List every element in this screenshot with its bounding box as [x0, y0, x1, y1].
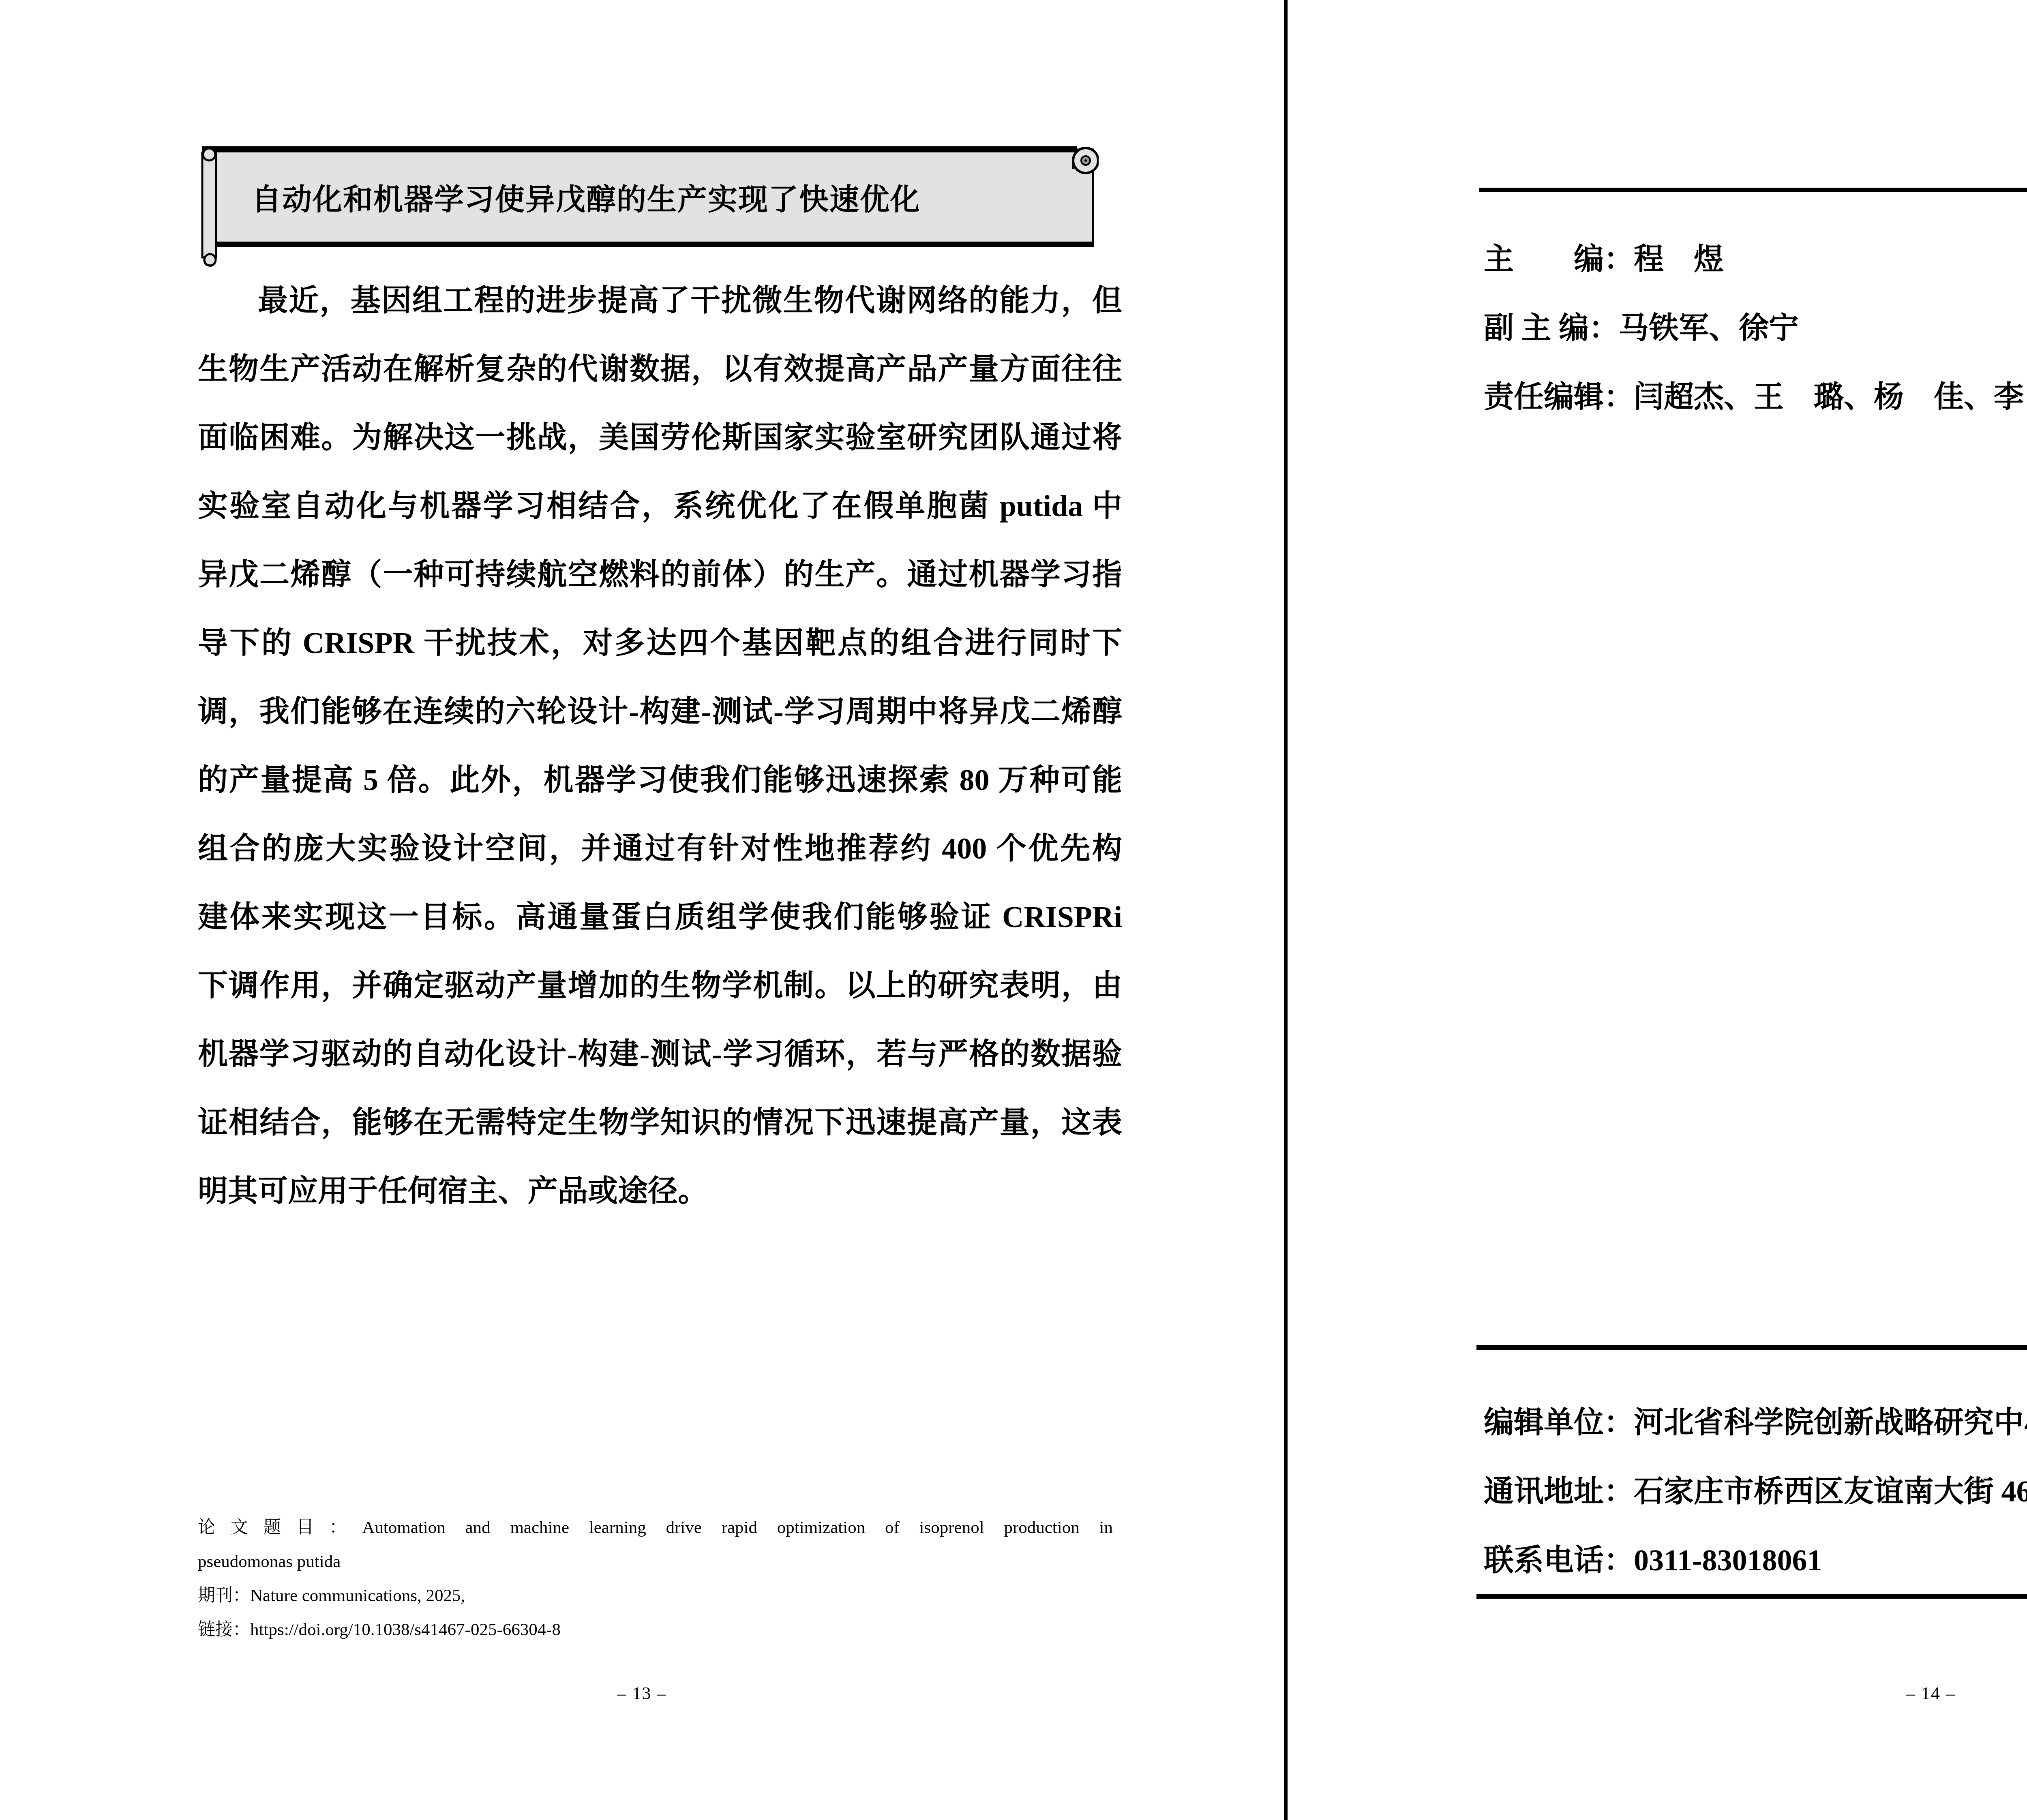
paper-link: 链接：https://doi.org/10.1038/s41467-025-66…	[198, 1613, 1113, 1647]
publisher-unit-line: 编辑单位：河北省科学院创新战略研究中心	[1484, 1388, 2027, 1457]
publisher-bottom-rule	[1476, 1594, 2027, 1599]
abstract-line: 面临困难。为解决这一挑战，美国劳伦斯国家实验室研究团队通过将	[198, 404, 1122, 472]
abstract-line: 的产量提高 5 倍。此外，机器学习使我们能够迅速探索 80 万种可能	[198, 746, 1122, 815]
abstract-line: 导下的 CRISPR 干扰技术，对多达四个基因靶点的组合进行同时下	[198, 609, 1122, 678]
page-fold-divider	[1284, 0, 1288, 1820]
abstract-line: 调，我们能够在连续的六轮设计-构建-测试-学习周期中将异戊二烯醇	[198, 678, 1122, 746]
abstract-line: 实验室自动化与机器学习相结合，系统优化了在假单胞菌 putida 中	[198, 472, 1122, 541]
abstract-line: 明其可应用于任何宿主、产品或途径。	[198, 1157, 1122, 1226]
deputy-editor-line: 副 主 编：马铁军、徐宁	[1484, 294, 2027, 363]
abstract-line: 建体来实现这一目标。高通量蛋白质组学使我们能够验证 CRISPRi	[198, 883, 1122, 952]
paper-meta-block: 论文题目：Automation and machine learning dri…	[198, 1511, 1113, 1647]
paper-journal: 期刊：Nature communications, 2025,	[198, 1579, 1113, 1613]
abstract-line: 异戊二烯醇（一种可持续航空燃料的前体）的生产。通过机器学习指	[198, 541, 1122, 609]
publisher-address-line: 通讯地址：石家庄市桥西区友谊南大街 46 号	[1484, 1457, 2027, 1526]
paper-title-line-2: pseudomonas putida	[198, 1545, 1113, 1579]
page-number-right: – 14 –	[1288, 1683, 2027, 1704]
abstract-paragraph: 最近，基因组工程的进步提高了干扰微生物代谢网络的能力，但 生物生产活动在解析复杂…	[198, 267, 1122, 1226]
paper-title-line-1: 论文题目：Automation and machine learning dri…	[198, 1511, 1113, 1545]
responsible-editor-line: 责任编辑：闫超杰、王 璐、杨 佳、李 月	[1484, 363, 2027, 432]
title-banner-scroll: 自动化和机器学习使异戊醇的生产实现了快速优化	[201, 141, 1099, 270]
page-number-left: – 13 –	[0, 1683, 1284, 1704]
document-spread: { "left_page": { "banner_title": "自动化和机器…	[0, 0, 2027, 1820]
abstract-line: 生物生产活动在解析复杂的代谢数据，以有效提高产品产量方面往往	[198, 335, 1122, 404]
publisher-phone-line: 联系电话：0311-83018061	[1484, 1526, 2027, 1595]
digest-title: 自动化和机器学习使异戊醇的生产实现了快速优化	[252, 184, 921, 216]
abstract-line: 组合的庞大实验设计空间，并通过有针对性地推荐约 400 个优先构	[198, 815, 1122, 883]
abstract-line: 下调作用，并确定驱动产量增加的生物学机制。以上的研究表明，由	[198, 952, 1122, 1020]
abstract-line: 证相结合，能够在无需特定生物学知识的情况下迅速提高产量，这表	[198, 1089, 1122, 1157]
editors-block: 主 编：程 煜 副 主 编：马铁军、徐宁 责任编辑：闫超杰、王 璐、杨 佳、李 …	[1484, 225, 2027, 432]
page-left: 自动化和机器学习使异戊醇的生产实现了快速优化 最近，基因组工程的进步提高了干扰微…	[0, 0, 1284, 1820]
abstract-line: 机器学习驱动的自动化设计-构建-测试-学习循环，若与严格的数据验	[198, 1020, 1122, 1089]
page-right: 主 编：程 煜 副 主 编：马铁军、徐宁 责任编辑：闫超杰、王 璐、杨 佳、李 …	[1288, 0, 2027, 1820]
abstract-line: 最近，基因组工程的进步提高了干扰微生物代谢网络的能力，但	[198, 267, 1122, 335]
editors-top-rule	[1479, 188, 2027, 192]
publisher-block: 编辑单位：河北省科学院创新战略研究中心 通讯地址：石家庄市桥西区友谊南大街 46…	[1484, 1388, 2027, 1595]
chief-editor-line: 主 编：程 煜	[1484, 225, 2027, 294]
publisher-top-rule	[1476, 1345, 2027, 1350]
